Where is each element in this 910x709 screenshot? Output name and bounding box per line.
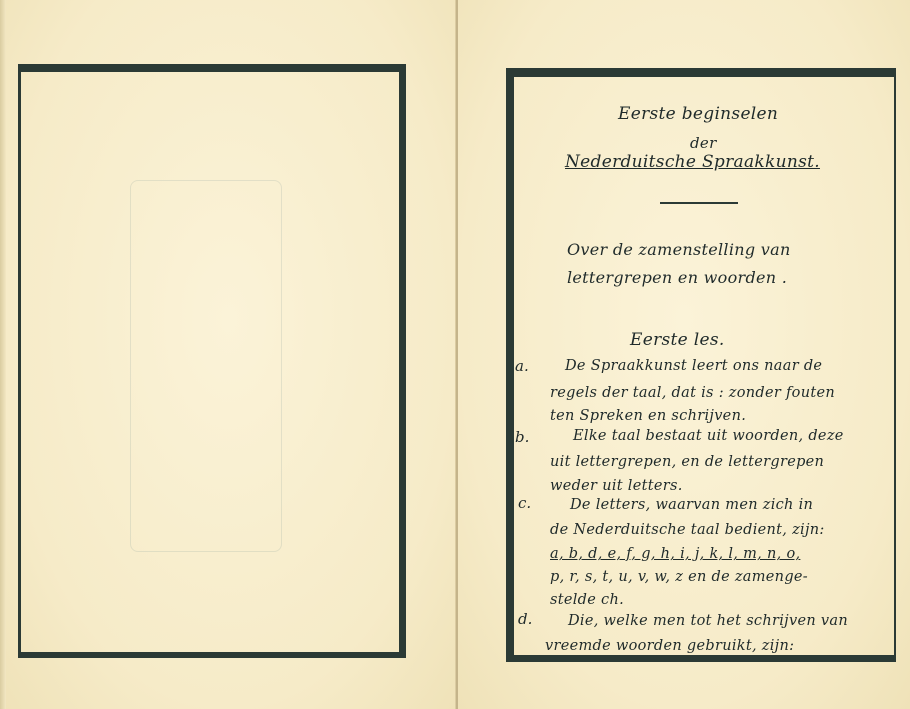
- section-a-marker: a.: [515, 357, 529, 375]
- section-a-line-2: regels der taal, dat is : zonder fouten: [550, 385, 835, 401]
- section-d-line-1: Die, welke men tot het schrijven van: [568, 613, 848, 629]
- page-edge: [0, 0, 6, 709]
- section-b-line-2: uit lettergrepen, en de lettergrepen: [550, 454, 824, 470]
- left-page: [0, 0, 458, 709]
- section-c-line-1: De letters, waarvan men zich in: [570, 497, 813, 513]
- section-a-line-1: De Spraakkunst leert ons naar de: [565, 358, 822, 374]
- section-c-line-2: de Nederduitsche taal bedient, zijn:: [550, 522, 825, 538]
- section-c-line-4: p, r, s, t, u, v, w, z en de zamenge-: [550, 569, 808, 585]
- section-c-line-3: a, b, d, e, f, g, h, i, j, k, l, m, n, o…: [550, 546, 800, 562]
- section-b-line-1: Elke taal bestaat uit woorden, deze: [573, 428, 844, 444]
- title-line-3-text: Nederduitsche Spraakkunst.: [565, 152, 820, 172]
- section-b-line-3: weder uit letters.: [550, 478, 683, 494]
- lesson-heading: Eerste les.: [630, 330, 725, 350]
- title-line-1: Eerste beginselen: [618, 104, 778, 124]
- section-c-marker: c.: [518, 494, 531, 512]
- show-through-mark: [130, 180, 282, 552]
- section-c-line-5: stelde ch.: [550, 592, 624, 608]
- subtitle-line-2: lettergrepen en woorden .: [567, 268, 787, 287]
- subtitle-line-1: Over de zamenstelling van: [567, 240, 791, 259]
- title-line-3: Nederduitsche Spraakkunst.: [565, 152, 820, 172]
- section-d-marker: d.: [518, 610, 532, 628]
- section-b-marker: b.: [515, 428, 529, 446]
- section-a-line-3: ten Spreken en schrijven.: [550, 408, 746, 424]
- title-divider-rule: [660, 202, 738, 204]
- section-d-line-2: vreemde woorden gebruikt, zijn:: [545, 638, 794, 654]
- title-line-2: der: [690, 134, 717, 152]
- book-spread: Eerste beginselen der Nederduitsche Spra…: [0, 0, 910, 709]
